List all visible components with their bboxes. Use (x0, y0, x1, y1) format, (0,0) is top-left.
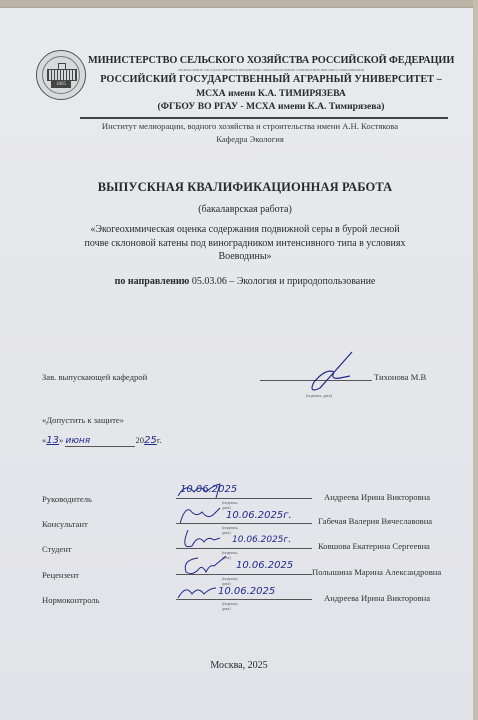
signature-date: 10.06.2025 (218, 586, 275, 597)
signature-line (176, 523, 312, 524)
university-name: МСХА имени К.А. ТИМИРЯЗЕВА (88, 88, 454, 99)
head-of-department-label: Зав. выпускающей кафедрой (42, 372, 147, 382)
signatory-name: Ковшова Екатерина Сергеевна (318, 541, 430, 551)
direction-label: по направлению (115, 276, 190, 287)
signature-line (176, 574, 312, 575)
logo-year: 1865 (51, 81, 71, 88)
signature-caption: (подпись, дата) (222, 601, 238, 611)
signature-line (176, 548, 312, 549)
university-logo-icon: 1865 (36, 50, 86, 100)
topic-line: Воеводины» (36, 250, 454, 264)
university-abbreviation: (ФГБОУ ВО РГАУ - МСХА имени К.А. Тимиряз… (88, 101, 454, 112)
head-of-department-name: Тихонова М.В (374, 372, 426, 382)
signature-scribble-icon (176, 480, 226, 500)
study-direction: по направлению 05.03.06 – Экология и при… (20, 276, 470, 287)
direction-value: 05.03.06 – Экология и природопользование (189, 276, 375, 287)
admission-label: «Допустить к защите» (42, 415, 124, 425)
role-label: Рецензент (42, 570, 79, 580)
role-label: Консультант (42, 519, 88, 529)
footer-city-year: Москва, 2025 (0, 660, 478, 671)
institute-name: Институт мелиорации, водного хозяйства и… (40, 121, 460, 131)
document-title: ВЫПУСКНАЯ КВАЛИФИКАЦИОННАЯ РАБОТА (20, 180, 470, 195)
university-heading: РОССИЙСКИЙ ГОСУДАРСТВЕННЫЙ АГРАРНЫЙ УНИВ… (88, 74, 454, 85)
admission-month: июня (65, 436, 135, 447)
thesis-topic: «Экогеохимическая оценка содержания подв… (36, 223, 454, 264)
signatory-name: Андреева Ирина Викторовна (324, 492, 430, 502)
header-divider (80, 117, 448, 119)
scan-background-right (473, 0, 478, 720)
signatory-name: Габечая Валерия Вячеславовна (318, 516, 432, 526)
signature-date: 10.06.2025г. (226, 510, 292, 521)
admission-year: 25 (144, 435, 157, 446)
signature-date: 10.06.2025г. (232, 535, 291, 545)
signature-caption: (подпись, дата) (222, 576, 238, 586)
document-subtitle: (бакалаврская работа) (20, 204, 470, 215)
signatory-name: Полышина Марина Александровна (312, 567, 441, 577)
signature-line (176, 498, 312, 499)
role-label: Нормоконтроль (42, 595, 100, 605)
role-label: Руководитель (42, 494, 92, 504)
institution-type: ФЕДЕРАЛЬНОЕ ГОСУДАРСТВЕННОЕ БЮДЖЕТНОЕ ОБ… (88, 68, 454, 72)
signatory-name: Андреева Ирина Викторовна (324, 593, 430, 603)
signature-line (176, 599, 312, 600)
signature-caption: (подпись, дата) (306, 393, 332, 398)
title-page (0, 8, 474, 720)
topic-line: «Экогеохимическая оценка содержания подв… (36, 223, 454, 237)
signature-scribble-icon (300, 350, 360, 395)
signature-date: 10.06.2025 (236, 560, 293, 571)
admission-date: «13» июня2025г. (42, 435, 222, 447)
department-name: Кафедра Экология (40, 134, 460, 144)
topic-line: почве склоновой катены под виноградником… (36, 237, 454, 251)
role-label: Студент (42, 544, 72, 554)
ministry-heading: МИНИСТЕРСТВО СЕЛЬСКОГО ХОЗЯЙСТВА РОССИЙС… (88, 55, 454, 66)
admission-day: 13 (46, 435, 59, 446)
